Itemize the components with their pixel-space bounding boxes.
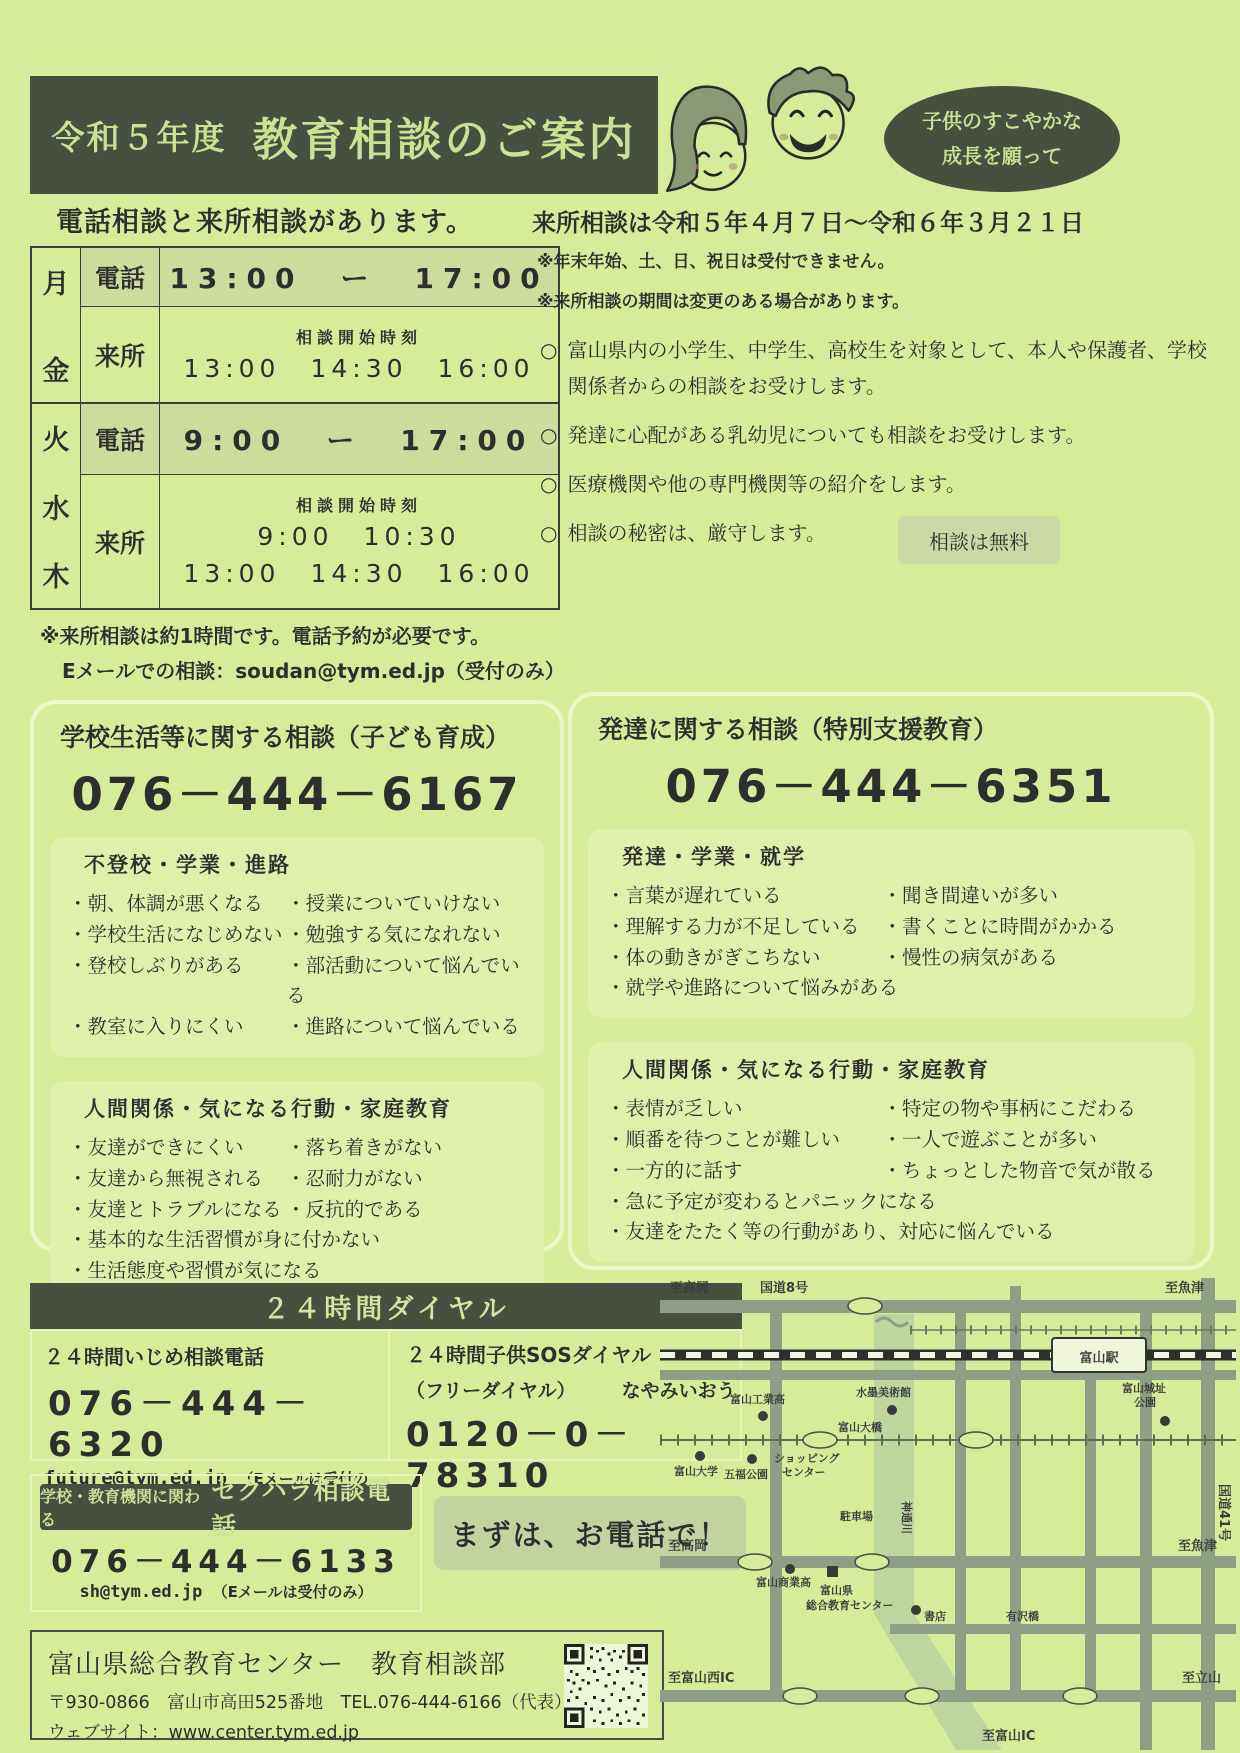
panel-phone-number: 076－444－6167 [34,758,560,823]
list-item: ・就学や進路について悩みがある [606,973,1182,1004]
sekuhara-band-big: セクハラ相談電話 [211,1471,412,1543]
map-label: 至富山IC [982,1728,1035,1744]
circle-bullet-icon: ○ [540,466,557,502]
map-label: 水墨美術館 [856,1385,911,1399]
topic-box-ningen-kankei: 人間関係・気になる行動・家庭教育 ・友達ができにくい・落ち着きがない ・友達から… [50,1081,544,1301]
motto-line1: 子供のすこやかな [922,104,1082,139]
dial-24h-box: ２４時間いじめ相談電話 076－444－6320 future@tym.ed.j… [30,1329,742,1461]
list-item: ・学校生活になじめない [68,920,286,951]
schedule-row-mon-fri: 月 金 電話 13:00 ー 17:00 来所 相談開始時刻 13:00 14:… [32,248,558,404]
topic-box-title: 発達・学業・就学 [622,841,1182,871]
ijime-dial-section: ２４時間いじめ相談電話 076－444－6320 future@tym.ed.j… [32,1331,388,1459]
list-item: ・言葉が遅れている [606,881,882,912]
visit-header-a: 相談開始時刻 [160,325,558,348]
list-item: ・忍耐力がない [286,1164,532,1195]
visit-times-b2: 13:00 14:30 16:00 [160,554,558,590]
bullet-text: 医療機関や他の専門機関等の紹介をします。 [567,466,965,502]
circle-bullet-icon: ○ [540,417,557,453]
list-item: ・特定の物や事柄にこだわる [882,1094,1182,1125]
list-item: ・順番を待つことが難しい [606,1125,882,1156]
free-consultation-note: 相談は無料 [898,516,1060,564]
map-label: 総合教育センター [806,1598,894,1612]
day-cell-mon-fri: 月 金 [32,248,81,402]
list-item: ・基本的な生活習慣が身に付かない [68,1225,532,1256]
visit-header-b: 相談開始時刻 [160,493,558,516]
topic-box-ningen-kankei-2: 人間関係・気になる行動・家庭教育 ・表情が乏しい・特定の物や事柄にこだわる ・順… [588,1042,1194,1262]
map-label: 富山工業高 [730,1392,785,1406]
list-item: ・登校しぶりがある [68,951,286,1013]
list-item: ・友達とトラブルになる [68,1195,286,1226]
visit-times-b1: 9:00 10:30 [160,517,558,553]
schedule-note-2: Eメールでの相談：soudan@tym.ed.jp（受付のみ） [62,655,565,684]
info-bullet: ○ 医療機関や他の専門機関等の紹介をします。 [540,466,1212,502]
sekuhara-section: 学校・教育機関に関わる セクハラ相談電話 076－444－6133 sh@tym… [30,1474,422,1612]
day-fri: 金 [43,349,70,388]
phone-label: 電話 [81,404,160,474]
title-banner: 令和５年度 教育相談のご案内 [30,76,658,194]
sekuhara-email: sh@tym.ed.jp （Eメールは受付のみ） [32,1581,420,1602]
panel-school-life: 学校生活等に関する相談（子ども育成） 076－444－6167 不登校・学業・進… [30,700,564,1252]
list-item: ・表情が乏しい [606,1094,882,1125]
list-item: ・友達をたたく等の行動があり、対応に悩んでいる [606,1217,1182,1248]
girl-face [667,87,746,191]
map-label-toyama-station: 富山駅 [1079,1350,1118,1366]
list-item: ・体の動きがぎこちない [606,943,882,974]
toyama-station-box: 富山駅 [1052,1338,1146,1372]
visit-label: 来所 [81,475,160,608]
info-bullet: ○ 相談の秘密は、厳守します。 [540,515,1212,551]
list-item: ・落ち着きがない [286,1133,532,1164]
list-item: ・聞き間違いが多い [882,881,1182,912]
day-tue: 火 [43,418,70,457]
panel-title: 学校生活等に関する相談（子ども育成） [60,718,560,754]
visit-row-b: 来所 相談開始時刻 9:00 10:30 13:00 14:30 16:00 [81,475,558,608]
caveat-holidays: ※年末年始、土、日、祝日は受付できません。 [537,247,895,272]
visit-times-a: 13:00 14:30 16:00 [160,349,558,385]
bullet-text: 富山県内の小学生、中学生、高校生を対象として、本人や保護者、学校関係者からの相談… [567,332,1212,404]
email-address: sh@tym.ed.jp [79,1582,202,1602]
schedule-row-tue-thu: 火 水 木 電話 9:00 ー 17:00 来所 相談開始時刻 9:00 10:… [32,404,558,608]
bullet-text: 発達に心配がある乳幼児についても相談をお受けします。 [567,417,1085,453]
map-label: 国道8号 [760,1280,808,1296]
panel-development: 発達に関する相談（特別支援教育） 076－444－6351 発達・学業・就学 ・… [568,692,1214,1270]
map-label: 富山商業高 [756,1575,811,1589]
map-label: 富山城址 [1122,1381,1166,1395]
list-item: ・慢性の病気がある [882,943,1182,974]
day-mon: 月 [43,262,70,301]
ijime-dial-phone: 076－444－6320 [48,1376,388,1465]
info-bullets: ○ 富山県内の小学生、中学生、高校生を対象として、本人や保護者、学校関係者からの… [540,332,1212,551]
list-item: ・一人で遊ぶことが多い [882,1125,1182,1156]
map-label: 富山大橋 [838,1420,882,1434]
motto-line2: 成長を願って [942,139,1062,174]
list-item: ・理解する力が不足している [606,912,882,943]
bullet-text: 相談の秘密は、厳守します。 [567,515,825,551]
list-item: ・反抗的である [286,1195,532,1226]
website-url: ウェブサイト：www.center.tym.ed.jp [48,1719,646,1744]
phone-label: 電話 [81,248,160,306]
list-item: ・部活動について悩んでいる [286,951,532,1013]
map-label: 公園 [1134,1395,1156,1409]
map-label: 富山県 [820,1583,853,1597]
topic-box-futoukou: 不登校・学業・進路 ・朝、体調が悪くなる・授業についていけない ・学校生活になじ… [50,837,544,1057]
map-label: 書店 [924,1609,946,1623]
day-thu: 木 [43,555,70,594]
topic-box-title: 人間関係・気になる行動・家庭教育 [84,1093,532,1123]
access-map: 富山駅 至高岡 国道8号 至魚津 富山 [660,1266,1236,1750]
list-item: ・急に予定が変わるとパニックになる [606,1187,1182,1218]
caveat-changes: ※来所相談の期間は変更のある場合があります。 [537,287,909,312]
visit-label: 来所 [81,307,160,402]
footer-address-box: 富山県総合教育センター 教育相談部 〒930-0866 富山市高田525番地 T… [30,1630,664,1740]
map-label: 至高岡 [670,1280,709,1296]
map-label: 至魚津 [1165,1280,1205,1296]
map-label: 富山大学 [674,1464,718,1478]
map-label: 至高岡 [668,1538,707,1554]
visit-period: 来所相談は令和５年４月７日～令和６年３月２１日 [532,203,1084,238]
circle-bullet-icon: ○ [540,332,557,404]
boy-face [768,68,853,159]
ijime-dial-title: ２４時間いじめ相談電話 [44,1341,388,1370]
phone-hours-b: 9:00 ー 17:00 [160,404,558,474]
visit-row-a: 来所 相談開始時刻 13:00 14:30 16:00 [81,307,558,402]
map-label: 神通川 [900,1501,914,1534]
children-illustration [648,58,876,210]
list-item: ・友達から無視される [68,1164,286,1195]
list-item: ・朝、体調が悪くなる [68,889,286,920]
qr-code [564,1644,648,1728]
topic-box-hattatsu: 発達・学業・就学 ・言葉が遅れている・聞き間違いが多い ・理解する力が不足してい… [588,829,1194,1018]
schedule-table: 月 金 電話 13:00 ー 17:00 来所 相談開始時刻 13:00 14:… [30,246,560,610]
list-item: ・一方的に話す [606,1156,882,1187]
fiscal-year: 令和５年度 [51,112,226,159]
list-item: ・書くことに時間がかかる [882,912,1182,943]
flyer-page: 令和５年度 教育相談のご案内 子供のすこやかな 成長を願って 電話相談と来所相談… [0,0,1240,1753]
email-note: （Eメールは受付のみ） [213,1583,373,1601]
panel-title: 発達に関する相談（特別支援教育） [598,710,1210,746]
phone-hours-a: 13:00 ー 17:00 [160,248,558,306]
map-label: 国道41号 [1216,1484,1232,1541]
list-item: ・勉強する気になれない [286,920,532,951]
info-bullet: ○ 発達に心配がある乳幼児についても相談をお受けします。 [540,417,1212,453]
phone-row-a: 電話 13:00 ー 17:00 [81,248,558,307]
topic-box-title: 不登校・学業・進路 [84,849,532,879]
map-label: 至魚津 [1178,1538,1218,1554]
motto-oval: 子供のすこやかな 成長を願って [884,86,1120,192]
topic-box-title: 人間関係・気になる行動・家庭教育 [622,1054,1182,1084]
map-label: 至立山 [1182,1670,1221,1686]
list-item: ・進路について悩んでいる [286,1012,532,1043]
map-label: 至富山西IC [668,1670,734,1686]
schedule-note-1: ※来所相談は約1時間です。電話予約が必要です。 [40,620,490,649]
organization-name: 富山県総合教育センター 教育相談部 [48,1644,646,1681]
day-cell-tue-thu: 火 水 木 [32,404,81,608]
day-wed: 水 [43,487,70,526]
dial-24h-band: ２４時間ダイヤル [30,1283,742,1329]
schedule-heading: 電話相談と来所相談があります。 [56,200,474,239]
map-label: 有沢橋 [1006,1609,1039,1623]
list-item: ・友達ができにくい [68,1133,286,1164]
sekuhara-band-small: 学校・教育機関に関わる [40,1484,211,1530]
map-label: センター [782,1466,826,1479]
postal-address: 〒930-0866 富山市高田525番地 TEL.076-444-6166（代表… [48,1689,646,1714]
circle-bullet-icon: ○ [540,515,557,551]
sekuhara-band: 学校・教育機関に関わる セクハラ相談電話 [40,1484,412,1530]
info-bullet: ○ 富山県内の小学生、中学生、高校生を対象として、本人や保護者、学校関係者からの… [540,332,1212,404]
list-item: ・ちょっとした物音で気が散る [882,1156,1182,1187]
map-label: ショッピング [774,1452,841,1465]
map-label: 五福公園 [724,1467,768,1481]
panel-phone-number: 076－444－6351 [572,750,1210,815]
list-item: ・授業についていけない [286,889,532,920]
sekuhara-phone: 076－444－6133 [32,1536,420,1581]
map-label: 駐車場 [839,1509,873,1523]
free-dial-label: （フリーダイヤル） [406,1376,576,1403]
page-title: 教育相談のご案内 [252,103,636,168]
list-item: ・教室に入りにくい [68,1012,286,1043]
phone-row-b: 電話 9:00 ー 17:00 [81,404,558,475]
